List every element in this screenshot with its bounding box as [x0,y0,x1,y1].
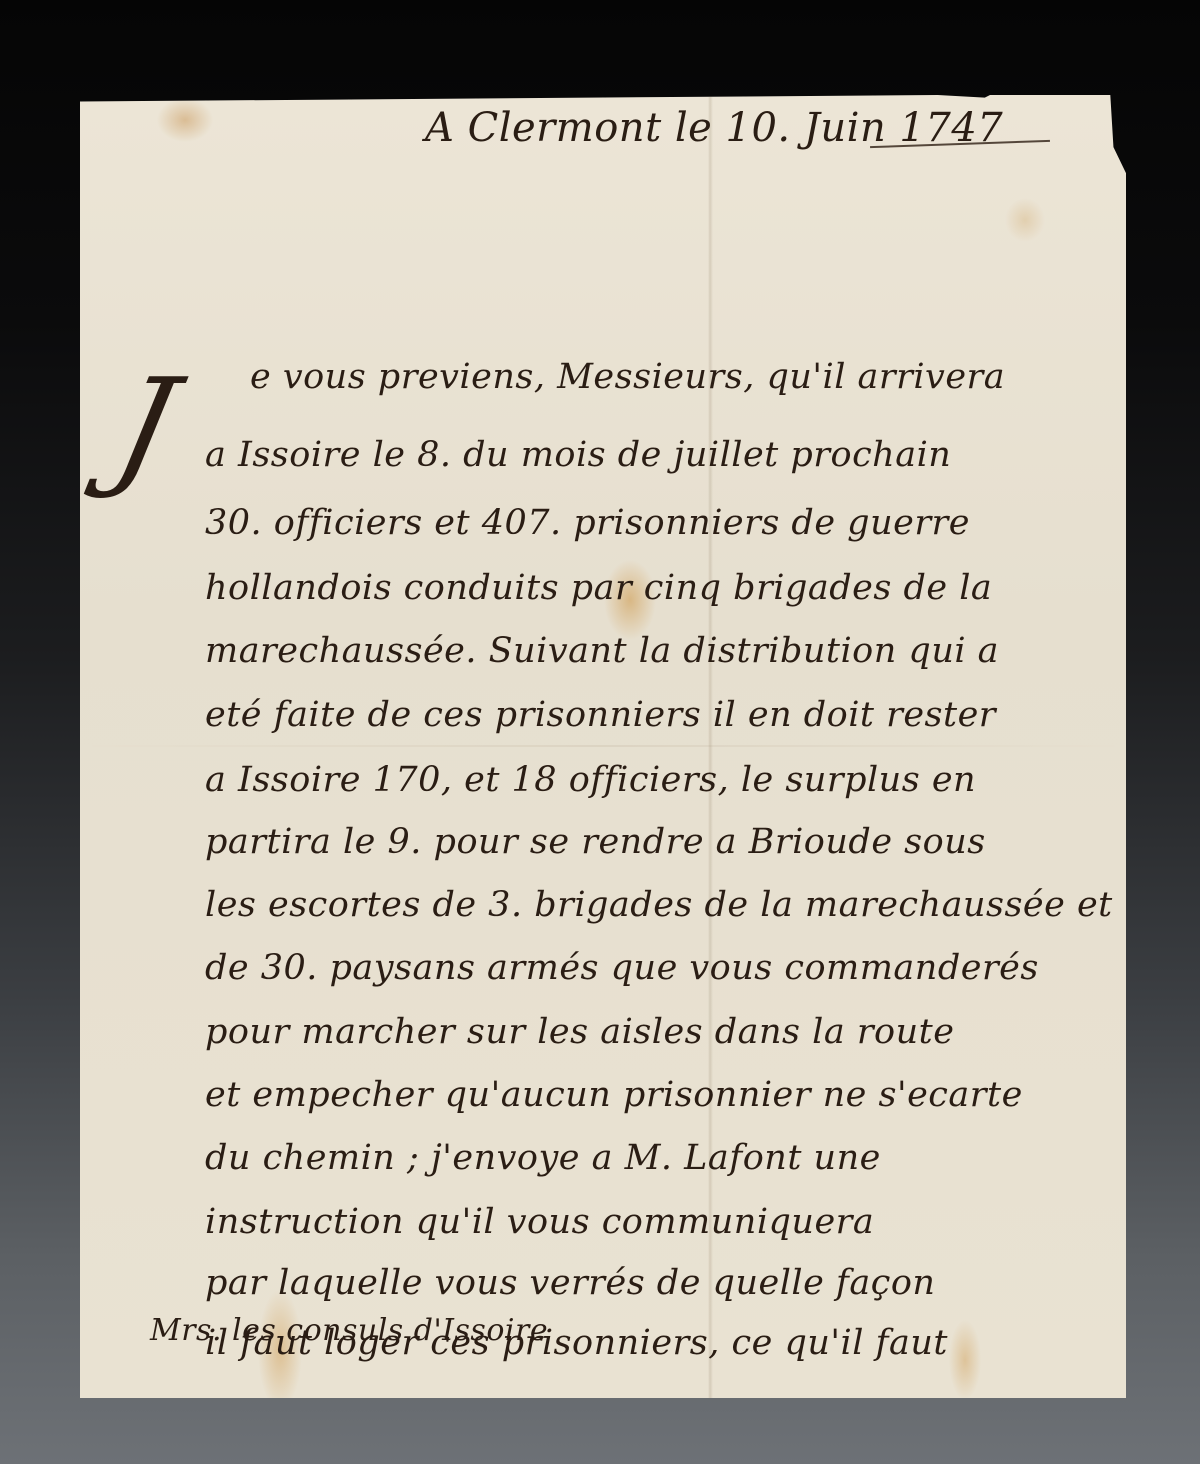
letter-paper: A Clermont le 10. Juin 1747 J e vous pre… [80,95,1126,1398]
fold-crease [80,745,1126,747]
letter-line-15: par laquelle vous verrés de quelle façon [205,1263,935,1303]
decorative-initial: J [104,350,188,502]
letter-line-5: marechaussée. Suivant la distribution qu… [205,631,999,671]
letter-line-9: les escortes de 3. brigades de la marech… [205,885,1113,925]
letter-line-7: a Issoire 170, et 18 officiers, le surpl… [205,760,976,800]
letter-line-10: de 30. paysans armés que vous commanderé… [205,948,1039,988]
letter-line-12: et empecher qu'aucun prisonnier ne s'eca… [205,1075,1023,1115]
letter-line-4: hollandois conduits par cinq brigades de… [205,568,992,608]
letter-line-14: instruction qu'il vous communiquera [205,1202,874,1242]
letter-line-1: e vous previens, Messieurs, qu'il arrive… [250,357,1005,397]
letter-line-11: pour marcher sur les aisles dans la rout… [205,1012,954,1052]
letter-line-2: a Issoire le 8. du mois de juillet proch… [205,435,951,475]
letter-line-3: 30. officiers et 407. prisonniers de gue… [205,503,970,543]
letter-line-6: eté faite de ces prisonniers il en doit … [205,695,996,735]
address-line: Mrs. les consuls d'Issoire [150,1313,548,1348]
letter-line-8: partira le 9. pour se rendre a Brioude s… [205,822,986,862]
letter-line-13: du chemin ; j'envoye a M. Lafont une [205,1138,881,1178]
